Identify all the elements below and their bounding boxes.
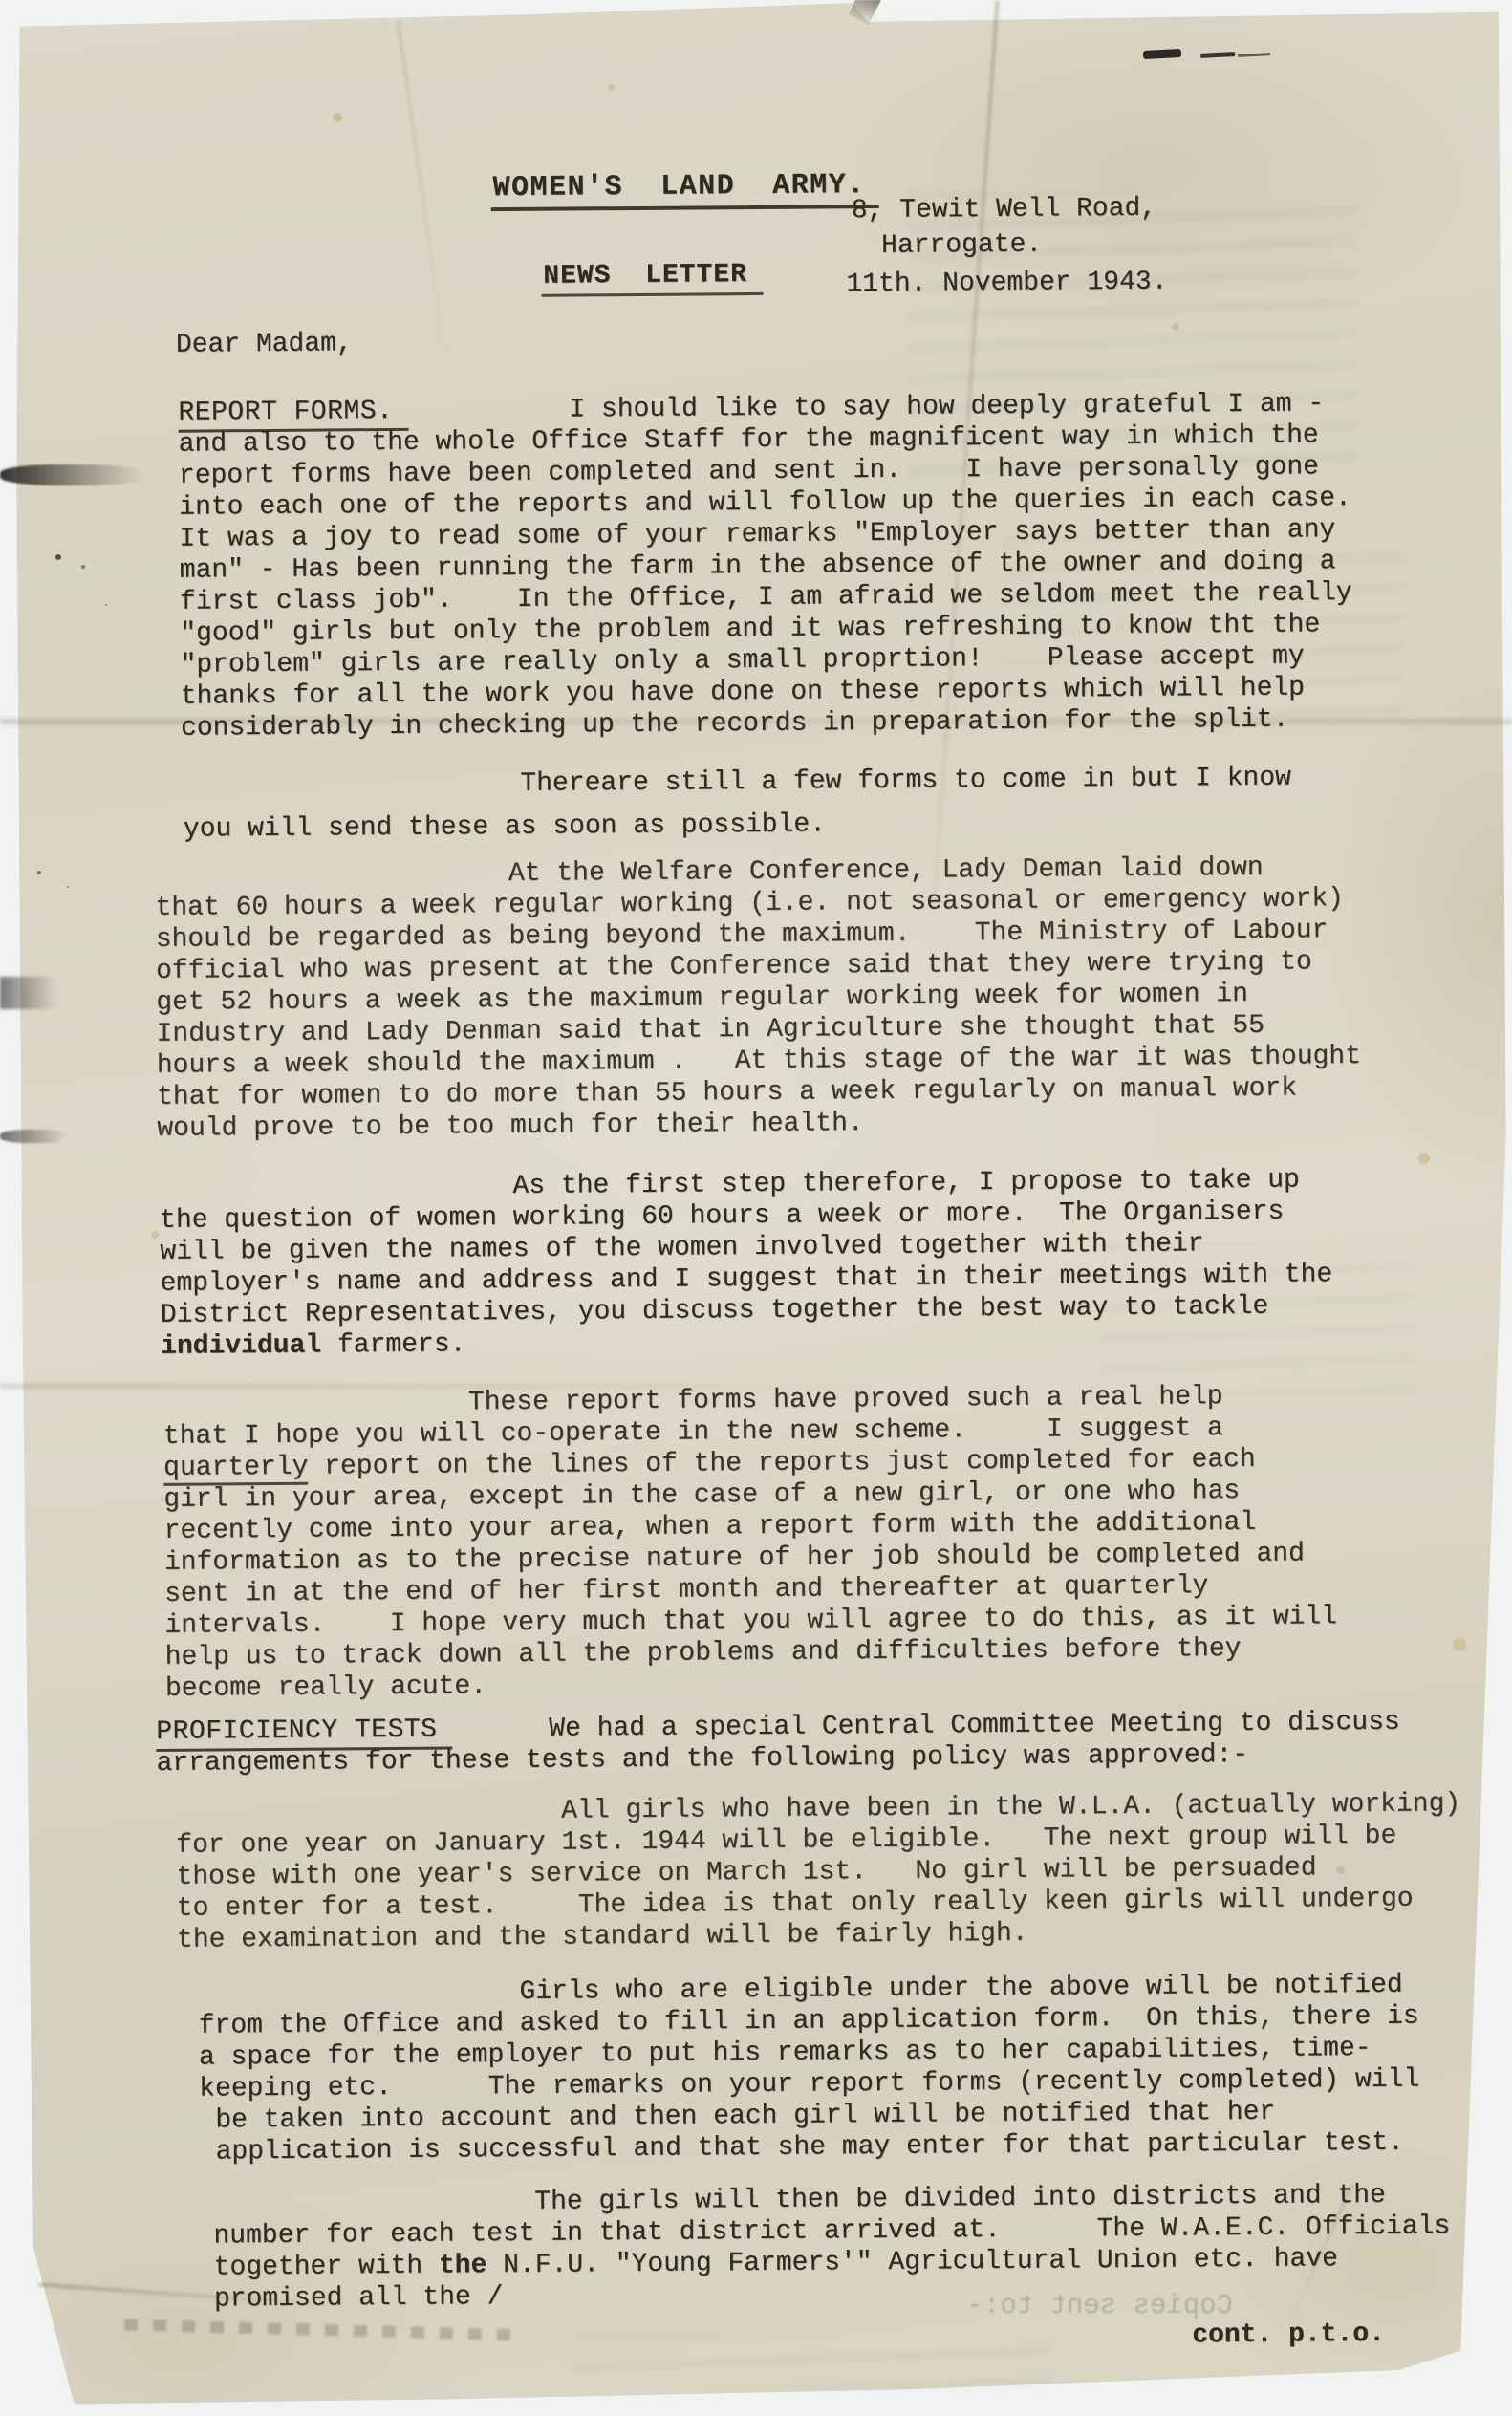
paragraph-notification: Girls who are eligible under the above w… bbox=[198, 1969, 1465, 2168]
paragraph-first-step: As the first step therefore, I propose t… bbox=[160, 1163, 1459, 1363]
paragraph-quarterly-reports: These report forms have proved such a re… bbox=[162, 1379, 1461, 1705]
letter-body: Dear Madam, REPORT FORMS. I should like … bbox=[151, 319, 1466, 2316]
first-step-body-end: farmers. bbox=[321, 1329, 465, 1360]
first-step-body: As the first step therefore, I propose t… bbox=[160, 1166, 1333, 1330]
report-forms-heading: REPORT FORMS. bbox=[178, 397, 408, 433]
continuation-note: cont. p.t.o. bbox=[1192, 2319, 1385, 2351]
districts-bold-word: the bbox=[439, 2251, 487, 2280]
paragraph-eligibility: All girls who have been in the W.L.A. (a… bbox=[176, 1788, 1463, 1956]
quarterly-body-end: report on the lines of the reports just … bbox=[163, 1445, 1337, 1704]
salutation: Dear Madam, bbox=[151, 319, 1451, 361]
scanned-letter-page: { "letter": { "org_title": "WOMEN'S LAND… bbox=[0, 0, 1512, 2416]
address-line-1: 8, Tewit Well Road, bbox=[852, 194, 1156, 226]
first-step-bold-word: individual bbox=[161, 1331, 321, 1362]
report-forms-body: I should like to say how deeply grateful… bbox=[179, 389, 1352, 743]
paragraph-districts: The girls will then be divided into dist… bbox=[213, 2179, 1466, 2315]
letter-date: 11th. November 1943. bbox=[846, 268, 1167, 300]
address-line-2: Harrogate. bbox=[881, 230, 1042, 261]
newsletter-label: NEWS LETTER bbox=[541, 260, 763, 297]
document-title-text: WOMEN'S LAND ARMY. bbox=[492, 169, 865, 205]
document-title: WOMEN'S LAND ARMY. bbox=[490, 169, 878, 211]
quarterly-underlined-word: quarterly bbox=[163, 1453, 308, 1486]
quarterly-body: These report forms have proved such a re… bbox=[162, 1382, 1222, 1452]
typed-content: WOMEN'S LAND ARMY. NEWS LETTER 8, Tewit … bbox=[0, 0, 1512, 2416]
paragraph-forms-due: Thereare still a few forms to come in bu… bbox=[183, 755, 1455, 851]
newsletter-label-text: NEWS LETTER bbox=[543, 260, 747, 291]
paragraph-proficiency-tests: PROFICIENCY TESTS We had a special Centr… bbox=[156, 1706, 1461, 1780]
paragraph-welfare-conference: At the Welfare Conference, Lady Deman la… bbox=[155, 851, 1457, 1145]
paragraph-report-forms: REPORT FORMS. I should like to say how d… bbox=[178, 387, 1454, 744]
